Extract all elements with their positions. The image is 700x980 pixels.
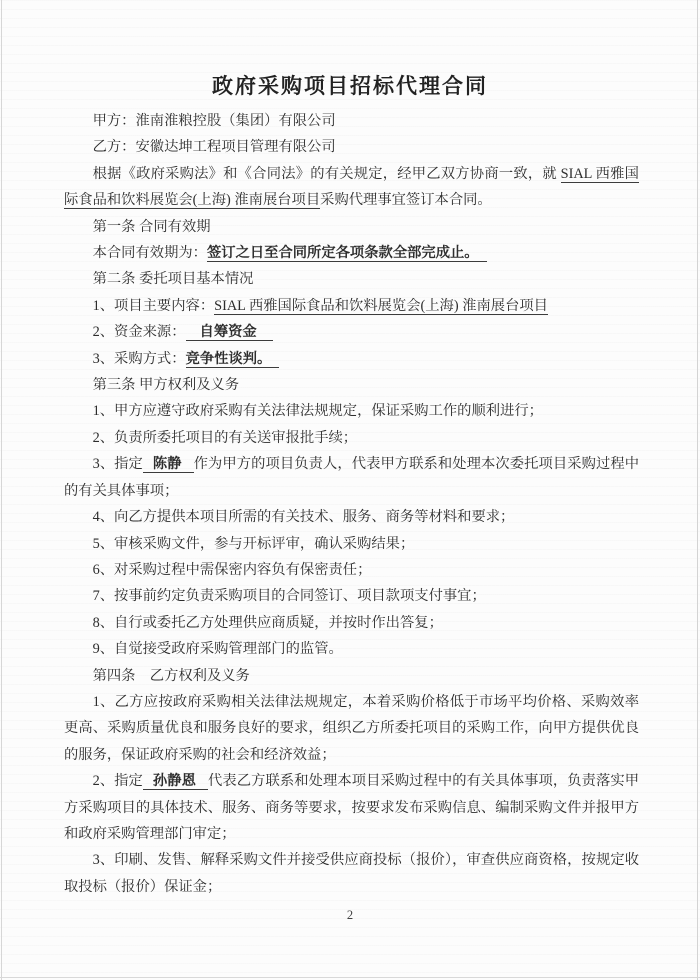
scan-edge-left (1, 0, 2, 980)
party-a-contact-name-underlined: 陈静 (143, 456, 194, 473)
basis-paragraph: 根据《政府采购法》和《合同法》的有关规定，经甲乙双方协商一致，就 SIAL 西雅… (64, 161, 639, 214)
item1-value-underlined: SIAL 西雅国际食品和饮料展览会(上海) 淮南展台项目 (214, 298, 548, 315)
party-a-name: 淮南淮粮控股（集团）有限公司 (135, 113, 335, 129)
article4-heading: 第四条 乙方权利及义务 (64, 663, 639, 689)
scan-edge-bottom (0, 977, 700, 978)
article3-item9: 9、自觉接受政府采购管理部门的监管。 (64, 636, 639, 662)
article1-term-line: 本合同有效期为：签订之日至合同所定各项条款全部完成止。 (64, 240, 639, 266)
item3-label: 3、采购方式： (93, 351, 186, 367)
article3-item6: 6、对采购过程中需保密内容负有保密责任； (64, 557, 639, 583)
article2-heading: 第二条 委托项目基本情况 (64, 266, 639, 292)
scanned-contract-page: 政府采购项目招标代理合同 甲方：淮南淮粮控股（集团）有限公司 乙方：安徽达坤工程… (0, 0, 700, 980)
article1-heading: 第一条 合同有效期 (64, 214, 639, 240)
article4-item1: 1、乙方应按政府采购相关法律法规规定，本着采购价格低于市场平均价格、采购效率更高… (64, 689, 639, 768)
party-b-label: 乙方： (93, 139, 136, 155)
document-body: 甲方：淮南淮粮控股（集团）有限公司 乙方：安徽达坤工程项目管理有限公司 根据《政… (0, 102, 700, 900)
party-b-name: 安徽达坤工程项目管理有限公司 (135, 139, 335, 155)
basis-pre-text: 根据《政府采购法》和《合同法》的有关规定，经甲乙双方协商一致，就 (93, 166, 561, 182)
article3-item2: 2、负责所委托项目的有关送审报批手续； (64, 425, 639, 451)
article3-item1: 1、甲方应遵守政府采购有关法律法规规定，保证采购工作的顺利进行； (64, 398, 639, 424)
item3-pre-text: 3、指定 (93, 456, 143, 472)
party-a-label: 甲方： (93, 113, 136, 129)
party-b-line: 乙方：安徽达坤工程项目管理有限公司 (64, 134, 639, 160)
article3-item7: 7、按事前约定负责采购项目的合同签订、项目款项支付事宜； (64, 583, 639, 609)
item1-label: 1、项目主要内容： (93, 298, 215, 314)
article3-heading: 第三条 甲方权利及义务 (64, 372, 639, 398)
article3-item8: 8、自行或委托乙方处理供应商质疑，并按时作出答复； (64, 610, 639, 636)
article4-item3: 3、印刷、发售、解释采购文件并接受供应商投标（报价），审查供应商资格，按规定收取… (64, 847, 639, 900)
article3-item3: 3、指定陈静作为甲方的项目负责人，代表甲方联系和处理本次委托项目采购过程中的有关… (64, 451, 639, 504)
article2-item2: 2、资金来源：自筹资金 (64, 319, 639, 345)
document-title: 政府采购项目招标代理合同 (0, 0, 700, 102)
page-number: 2 (0, 908, 700, 923)
item2-pre-text: 2、指定 (93, 773, 143, 789)
party-a-line: 甲方：淮南淮粮控股（集团）有限公司 (64, 108, 639, 134)
item2-value-underlined: 自筹资金 (186, 324, 273, 341)
basis-post-text: 采购代理事宜签订本合同。 (320, 192, 492, 208)
item3-value-underlined: 竞争性谈判。 (186, 351, 280, 368)
article4-item2: 2、指定孙静恩代表乙方联系和处理本项目采购过程中的有关具体事项，负责落实甲方采购… (64, 768, 639, 847)
article3-item4: 4、向乙方提供本项目所需的有关技术、服务、商务等材料和要求； (64, 504, 639, 530)
article3-item5: 5、审核采购文件，参与开标评审，确认采购结果； (64, 531, 639, 557)
term-label: 本合同有效期为： (93, 245, 207, 261)
scan-edge-right (697, 0, 698, 980)
party-b-contact-name-underlined: 孙静恩 (143, 773, 208, 790)
article2-item1: 1、项目主要内容：SIAL 西雅国际食品和饮料展览会(上海) 淮南展台项目 (64, 293, 639, 319)
term-value-underlined: 签订之日至合同所定各项条款全部完成止。 (207, 245, 487, 262)
article2-item3: 3、采购方式：竞争性谈判。 (64, 346, 639, 372)
item2-label: 2、资金来源： (93, 324, 186, 340)
